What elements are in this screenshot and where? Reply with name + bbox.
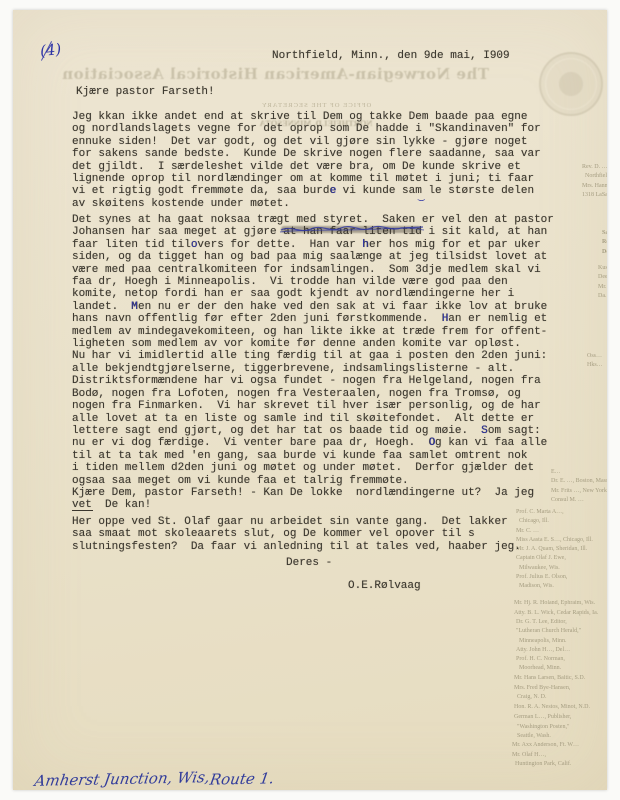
bleedthrough-officer-list: E… Dr. E. …, Boston, Mass. Mr. Frits …, … — [551, 468, 607, 505]
closing: Deres - — [286, 557, 332, 569]
bleedthrough-officer-list: Dr. G. T. Lee, Editor, "Lutheran Church … — [516, 618, 581, 674]
bleedthrough-officer-list: Rev. D. … Northfield, Minn. Mrs. Hanna O… — [582, 163, 607, 200]
bleedthrough-letterhead-title: The Norwegian-American Historical Associ… — [69, 65, 489, 83]
bleedthrough-officer-list: Samm… Rev. O. … De. K… — [602, 229, 607, 257]
dateline: Northfield, Minn., den 9de mai, I909 — [272, 50, 510, 62]
ink-mark: e — [330, 185, 337, 197]
bleedthrough-office-line: OFFICE OF THE SECRETARY — [249, 102, 383, 109]
vet-underline — [72, 510, 93, 511]
letter-page: The Norwegian-American Historical Associ… — [13, 10, 607, 790]
association-seal-stamp — [539, 52, 603, 116]
ink-mark: S — [481, 425, 488, 437]
bleedthrough-officer-list: Mr. Hans Larsen, Baltic, S.D. Mrs. Fred … — [514, 674, 590, 742]
ink-mark: H — [442, 313, 449, 325]
ink-mark: O — [429, 437, 436, 449]
bleedthrough-officer-list: Prof. C. Marta A…, Chicago, Ill. Mr. C. … — [516, 508, 593, 592]
handwritten-address-route: Route 1. — [208, 769, 275, 788]
bleedthrough-officer-list: Mr. Axx Anderson, Ft. W… Mr. Olaf H…, Hu… — [512, 741, 579, 770]
ink-mark: ‿ — [418, 189, 425, 203]
paragraph-2: Det synes at ha gaat noksaa trægt med st… — [72, 214, 554, 512]
paragraph-1: Jeg kkan ikke andet end at skrive til De… — [72, 111, 541, 210]
bleedthrough-officer-list: Oss… Hks… — [587, 352, 603, 371]
ink-mark: o — [191, 239, 198, 251]
bleedthrough-officer-list: Mr. Hj. R. Holand, Ephraim, Wis. Atty. B… — [514, 598, 598, 618]
ink-mark: M — [131, 301, 138, 313]
handwritten-address-place: Amherst Junction, Wis, — [33, 768, 211, 790]
scanned-letter-screenshot: { "document": { "page_annotation": "(4)"… — [0, 0, 620, 800]
pen-scribble-strikethrough — [279, 222, 425, 241]
signature: O.E.Rølvaag — [348, 580, 421, 592]
bleedthrough-officer-list: Kuss… Dee. O. … Mr. K… Da. Fets K…, M… — [598, 264, 607, 301]
salutation: Kjære pastor Farseth! — [76, 86, 215, 98]
ink-mark: h — [362, 239, 369, 251]
paragraph-3: Her oppe ved St. Olaf gaar nu arbeidet s… — [72, 516, 521, 553]
